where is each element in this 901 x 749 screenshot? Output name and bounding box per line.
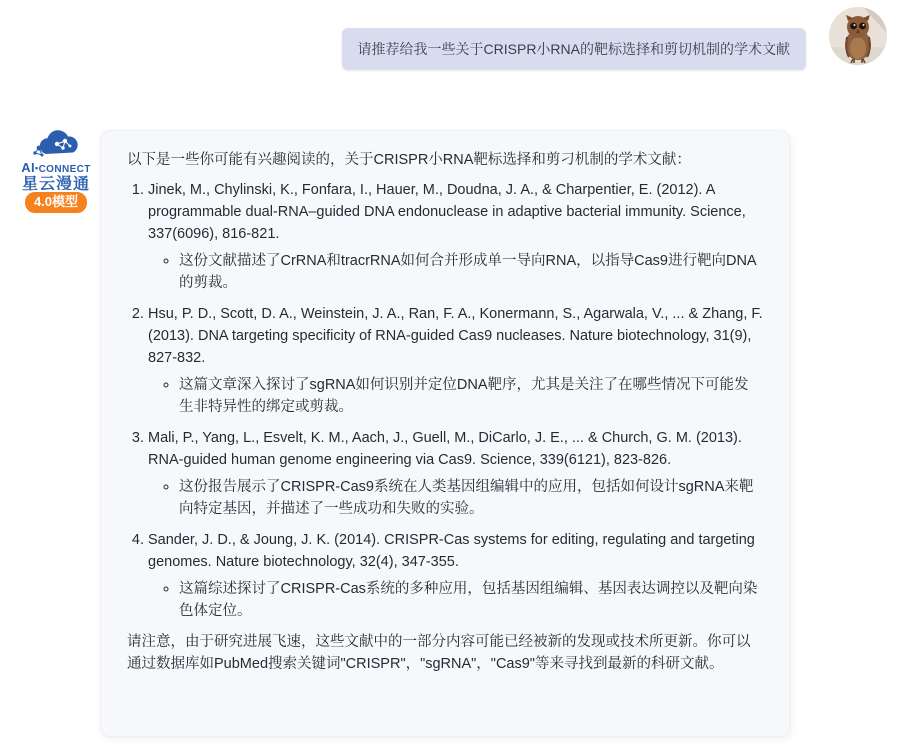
owl-avatar-image [829,7,887,65]
reference-item: Hsu, P. D., Scott, D. A., Weinstein, J. … [148,303,763,418]
reference-note-list: 这份报告展示了CRISPR-Cas9系统在人类基因组编辑中的应用，包括如何设计s… [148,476,763,520]
answer-closing: 请注意，由于研究进展飞速，这些文献中的一部分内容可能已经被新的发现或技术所更新。… [127,631,763,675]
assistant-logo: AI•CONNECT 星云漫通 4.0模型 [10,126,102,215]
answer-intro: 以下是一些你可能有兴趣阅读的，关于CRISPR小RNA靶标选择和剪刁机制的学术文… [127,149,763,171]
brand-ai: AI [21,160,35,175]
reference-note: 这篇综述探讨了CRISPR-Cas系统的多种应用，包括基因组编辑、基因表达调控以… [179,578,763,622]
reference-list: Jinek, M., Chylinski, K., Fonfara, I., H… [127,179,763,622]
assistant-message-card: 以下是一些你可能有兴趣阅读的，关于CRISPR小RNA靶标选择和剪刁机制的学术文… [100,130,790,737]
user-message-bubble: 请推荐给我一些关于CRISPR小RNA的靶标选择和剪切机制的学术文献 [342,28,806,70]
reference-citation: Hsu, P. D., Scott, D. A., Weinstein, J. … [148,306,763,366]
reference-item: Jinek, M., Chylinski, K., Fonfara, I., H… [148,179,763,294]
brand-line: AI•CONNECT [10,161,102,176]
reference-citation: Sander, J. D., & Joung, J. K. (2014). CR… [148,532,755,570]
user-avatar [829,7,887,65]
reference-note: 这篇文章深入探讨了sgRNA如何识别并定位DNA靶序，尤其是关注了在哪些情况下可… [179,374,763,418]
reference-item: Sander, J. D., & Joung, J. K. (2014). CR… [148,529,763,622]
reference-note: 这份报告展示了CRISPR-Cas9系统在人类基因组编辑中的应用，包括如何设计s… [179,476,763,520]
reference-item: Mali, P., Yang, L., Esvelt, K. M., Aach,… [148,427,763,520]
brand-connect: CONNECT [39,164,91,175]
cloud-network-icon [30,126,82,160]
reference-note-list: 这篇综述探讨了CRISPR-Cas系统的多种应用，包括基因组编辑、基因表达调控以… [148,578,763,622]
reference-note-list: 这篇文章深入探讨了sgRNA如何识别并定位DNA靶序，尤其是关注了在哪些情况下可… [148,374,763,418]
reference-citation: Mali, P., Yang, L., Esvelt, K. M., Aach,… [148,430,742,468]
reference-note: 这份文献描述了CrRNA和tracrRNA如何合并形成单一导向RNA，以指导Ca… [179,250,763,294]
model-version-badge: 4.0模型 [23,190,89,215]
reference-note-list: 这份文献描述了CrRNA和tracrRNA如何合并形成单一导向RNA，以指导Ca… [148,250,763,294]
brand-dot: • [35,163,39,173]
reference-citation: Jinek, M., Chylinski, K., Fonfara, I., H… [148,182,746,242]
